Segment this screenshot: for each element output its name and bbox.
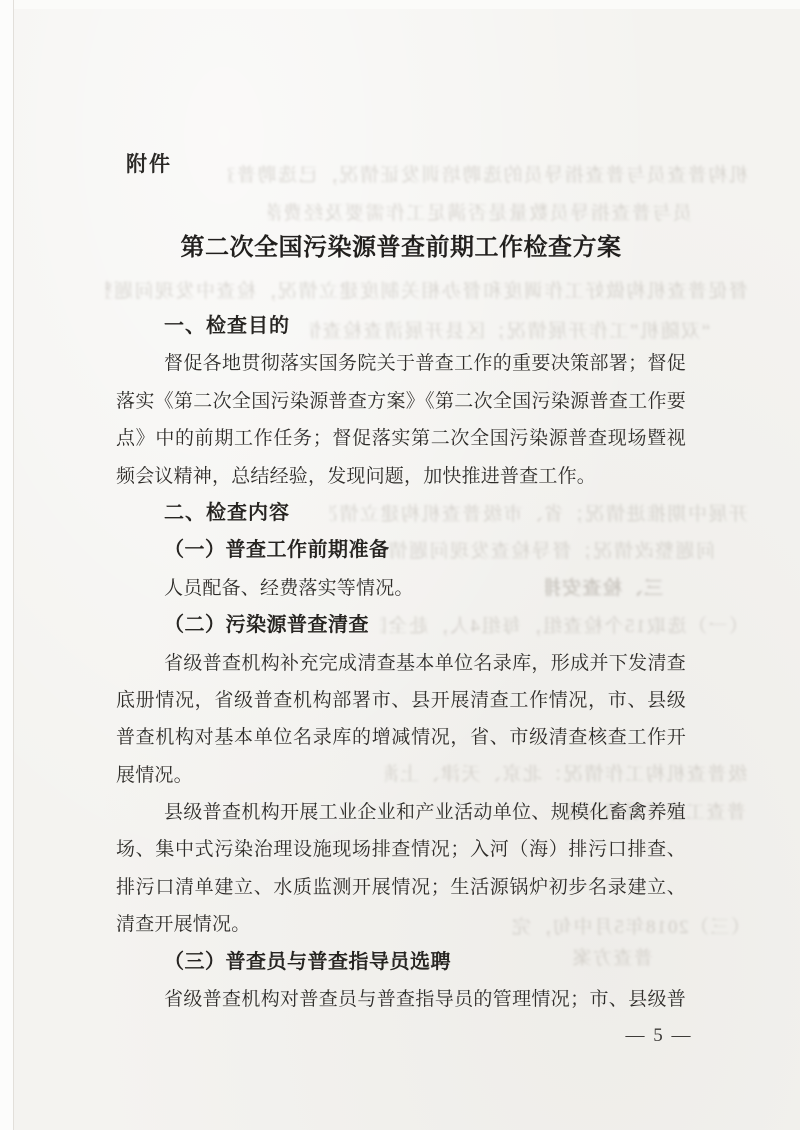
subheading-early-preparation: （一）普查工作前期准备: [116, 532, 686, 569]
page-number: — 5 —: [603, 1025, 715, 1047]
body-line: 点》中的前期工作任务；督促落实第二次全国污染源普查现场暨视: [116, 420, 686, 457]
scan-edge-left: [0, 0, 14, 1130]
body-line: 省级普查机构补充完成清查基本单位名录库，形成并下发清查: [116, 645, 686, 682]
heading-inspection-content: 二、检查内容: [116, 495, 686, 532]
body-line: 督促各地贯彻落实国务院关于普查工作的重要决策部署；督促: [116, 345, 686, 382]
body-line: 落实《第二次全国污染源普查方案》《第二次全国污染源普查工作要: [116, 383, 686, 420]
heading-inspection-purpose: 一、检查目的: [116, 308, 686, 345]
body-line: 场、集中式污染治理设施现场排查情况；入河（海）排污口排查、: [116, 831, 686, 868]
body-line: 排污口清单建立、水质监测开展情况；生活源锅炉初步名录建立、: [116, 869, 686, 906]
scan-edge-top: [0, 0, 800, 9]
body-line: 清查开展情况。: [116, 906, 686, 943]
body-line: 县级普查机构开展工业企业和产业活动单位、规模化畜禽养殖: [116, 794, 686, 831]
subheading-source-cleanup: （二）污染源普查清查: [116, 607, 686, 644]
body-line: 普查机构对基本单位名录库的增减情况，省、市级清查核查工作开: [116, 719, 686, 756]
body-line: 人员配备、经费落实等情况。: [116, 570, 686, 607]
body-line: 频会议精神，总结经验，发现问题，加快推进普查工作。: [116, 458, 686, 495]
document-title: 第二次全国污染源普查前期工作检查方案: [116, 227, 686, 262]
attachment-label: 附件: [126, 148, 172, 178]
document-body: 一、检查目的 督促各地贯彻落实国务院关于普查工作的重要决策部署；督促 落实《第二…: [116, 308, 686, 1018]
bleedthrough-line: 督促普查机构做好工作调度和督办相关制度建立情况，检查中发现问题整改: [105, 279, 748, 304]
subheading-enumerator-selection: （三）普查员与普查指导员选聘: [116, 944, 686, 981]
bleedthrough-line: 机构普查员与普查指导员的选聘培训发证情况，已选聘普查员数量: [228, 163, 748, 188]
body-line: 展情况。: [116, 757, 686, 794]
body-line: 省级普查机构对普查员与普查指导员的管理情况；市、县级普: [116, 981, 686, 1018]
bleedthrough-line: 员与普查指导员数量是否满足工作需要及经费落实情况。: [268, 201, 692, 226]
body-line: 底册情况，省级普查机构部署市、县开展清查工作情况，市、县级: [116, 682, 686, 719]
